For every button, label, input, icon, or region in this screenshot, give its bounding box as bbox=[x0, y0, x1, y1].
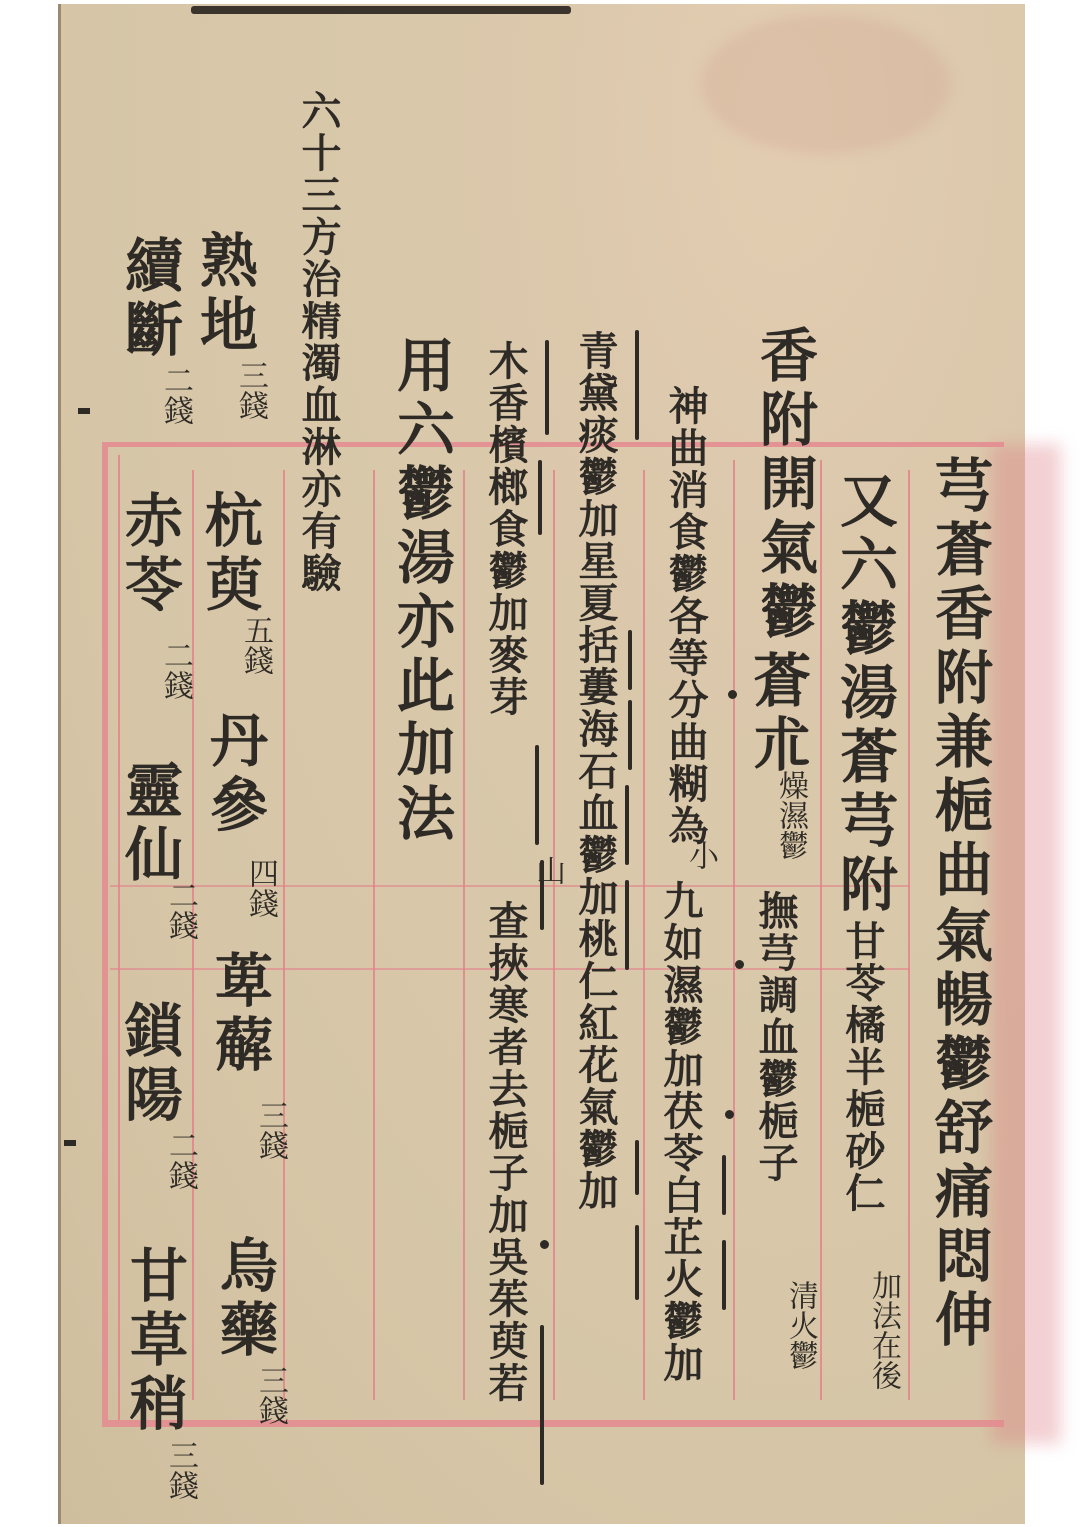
annotation-note: 加法在後 bbox=[868, 1270, 898, 1390]
herb-name: 甘草稍 bbox=[125, 1245, 183, 1437]
punctuation-dot bbox=[725, 1110, 734, 1119]
herb-dose: 二錢 bbox=[165, 1130, 195, 1190]
column-rule bbox=[553, 470, 555, 1400]
punctuation-dot bbox=[735, 960, 744, 969]
proper-name-mark bbox=[635, 330, 639, 440]
herb-dose: 三錢 bbox=[235, 360, 265, 420]
proper-name-mark bbox=[625, 880, 629, 970]
herb-name: 靈仙 bbox=[120, 760, 178, 888]
proper-name-mark bbox=[545, 340, 549, 435]
text-column-6-cont: 查挾寒者去梔子加吳茱萸若 bbox=[485, 900, 525, 1404]
herb-dose: 三錢 bbox=[165, 1440, 195, 1500]
text-column-7: 用六鬱湯亦此加法 bbox=[392, 335, 450, 847]
text-column-1-cont: 氣暢鬱舒痛悶伸 bbox=[930, 905, 988, 1353]
binding-notch bbox=[64, 1140, 76, 1146]
book-top-edge bbox=[191, 6, 571, 14]
text-column-4: 神曲消食鬱各等分曲糊為 bbox=[665, 385, 705, 847]
annotation-note: 小 bbox=[685, 840, 715, 870]
herb-name: 萆薢 bbox=[210, 950, 268, 1078]
text-column-3: 香附開氣鬱 bbox=[755, 325, 813, 645]
column-rule bbox=[908, 470, 910, 1400]
proper-name-mark bbox=[635, 1225, 639, 1300]
column-rule bbox=[463, 470, 465, 1400]
column-rule bbox=[820, 460, 822, 1400]
annotation-note: 山 bbox=[532, 855, 562, 885]
text-column-3-cont: 撫芎調血鬱梔子 bbox=[755, 890, 795, 1184]
water-stain bbox=[701, 14, 951, 154]
herb-dose: 三錢 bbox=[255, 1365, 285, 1425]
proper-name-mark bbox=[535, 745, 539, 845]
proper-name-mark bbox=[635, 1140, 639, 1195]
herb-dose: 二錢 bbox=[165, 880, 195, 940]
text-column-4-cont: 九如濕鬱加茯苓白芷火鬱加 bbox=[660, 880, 700, 1384]
annotation-note: 清火鬱 bbox=[785, 1280, 815, 1370]
herb-dose: 二錢 bbox=[160, 365, 190, 425]
binding-notch bbox=[78, 408, 90, 414]
text-column-1: 芎蒼香附兼梔曲 bbox=[930, 455, 988, 903]
text-column-2: 又六鬱湯蒼芎附 bbox=[835, 470, 893, 918]
proper-name-mark bbox=[628, 630, 632, 690]
herb-name: 烏藥 bbox=[215, 1235, 273, 1363]
text-column-5: 青黛痰鬱加星夏括蔞海石血鬱加桃仁紅花氣鬱加 bbox=[575, 330, 615, 1212]
herb-dose: 四錢 bbox=[245, 858, 275, 918]
proper-name-mark bbox=[625, 785, 629, 865]
herb-dose: 二錢 bbox=[160, 640, 190, 700]
annotation-note: 燥濕鬱 bbox=[775, 770, 805, 860]
punctuation-dot bbox=[540, 1240, 549, 1249]
herb-dose: 三錢 bbox=[255, 1100, 285, 1160]
column-rule bbox=[733, 460, 735, 1400]
proper-name-mark bbox=[628, 700, 632, 770]
text-column-3-b: 蒼朮 bbox=[748, 650, 806, 778]
herb-name: 赤苓 bbox=[120, 490, 178, 618]
herb-name: 杭萸 bbox=[200, 490, 258, 618]
proper-name-mark bbox=[538, 460, 542, 535]
column-rule bbox=[643, 470, 645, 1400]
text-column-8: 六十三方治精濁血淋亦有驗 bbox=[298, 90, 338, 594]
text-column-6: 木香檳榔食鬱加麥芽 bbox=[485, 340, 525, 718]
proper-name-mark bbox=[722, 1240, 726, 1310]
herb-name: 續斷 bbox=[120, 235, 178, 363]
proper-name-mark bbox=[540, 860, 544, 930]
punctuation-dot bbox=[728, 690, 737, 699]
herb-name: 丹參 bbox=[205, 710, 263, 838]
proper-name-mark bbox=[540, 1325, 544, 1485]
column-rule bbox=[283, 470, 285, 1400]
herb-name: 熟地 bbox=[195, 230, 253, 358]
herb-name: 鎖陽 bbox=[120, 1000, 178, 1128]
row-rule bbox=[110, 885, 910, 887]
herb-dose: 五錢 bbox=[240, 615, 270, 675]
column-rule bbox=[373, 470, 375, 1400]
proper-name-mark bbox=[722, 1155, 726, 1215]
text-column-2-cont: 甘苓橘半梔砂仁 bbox=[842, 920, 882, 1214]
